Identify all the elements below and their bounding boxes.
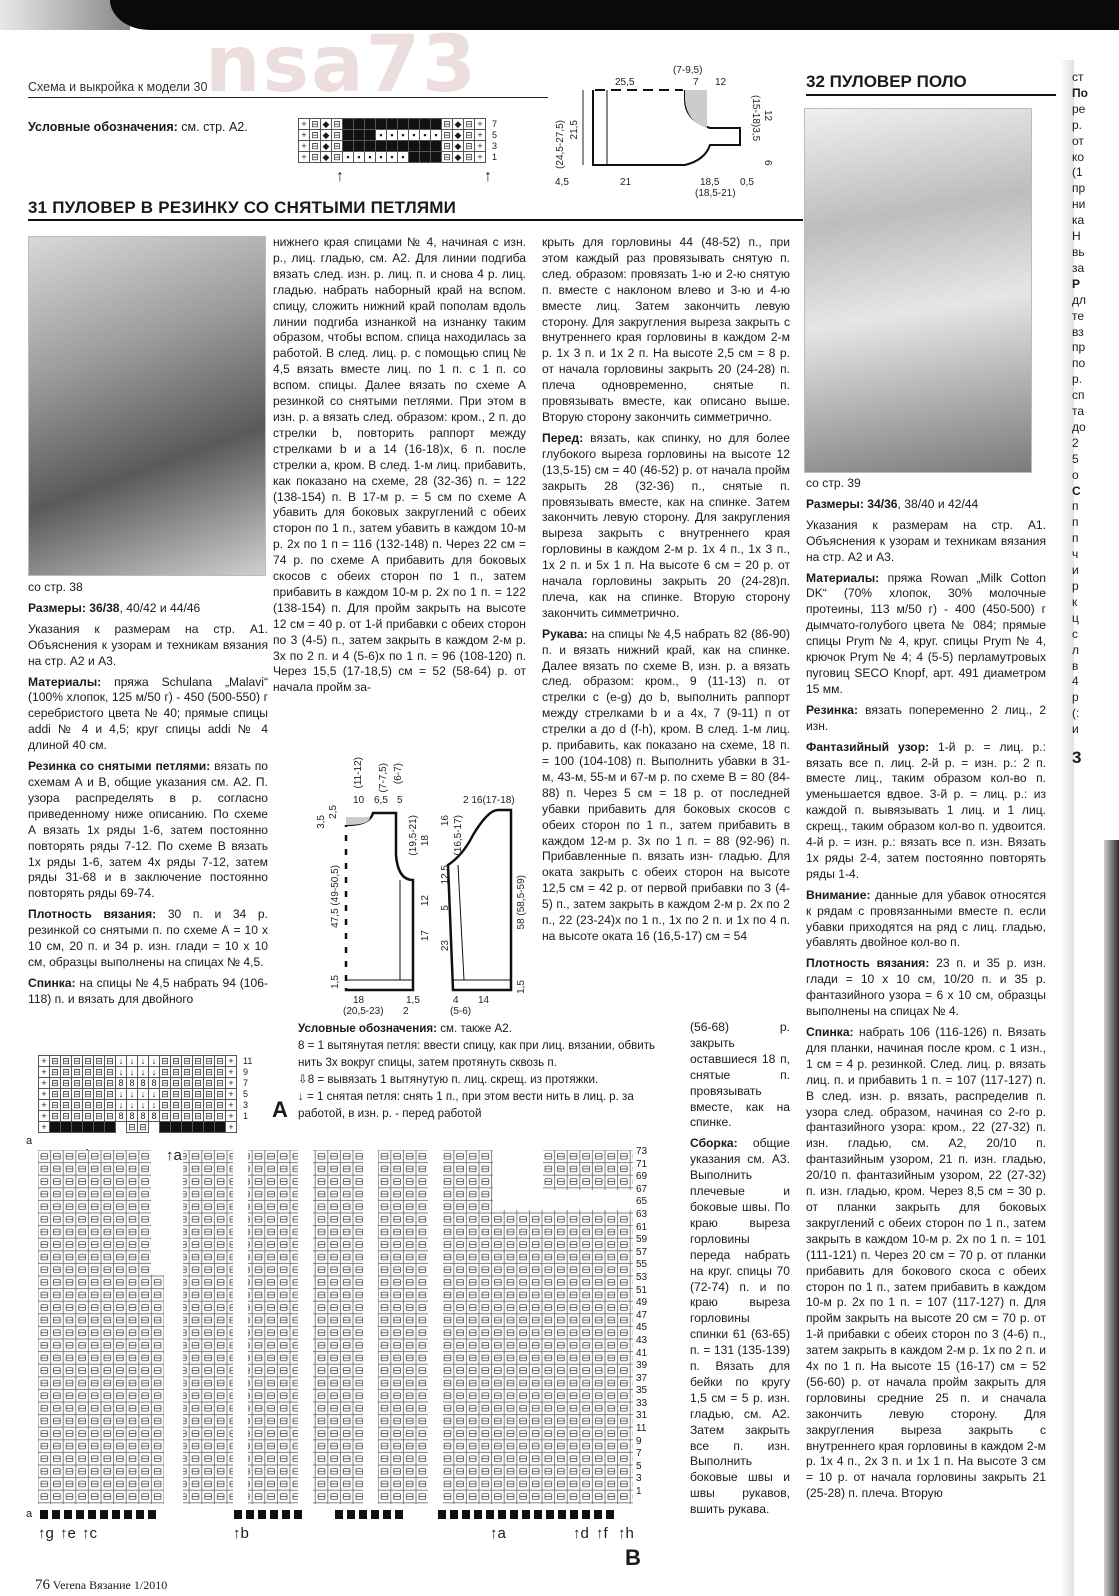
model30-pattern-diagram: 25,5 (7-9,5) 7 12 (24,5-27,5) 21,5 (15-1… (555, 60, 795, 200)
arrow-d: ↑d (573, 1525, 589, 1542)
model32-title: 32 ПУЛОВЕР ПОЛО (806, 72, 967, 92)
sizes: Размеры: 34/36, 38/40 и 42/44 (806, 497, 1046, 513)
materials: Материалы: пряжа Schulana „Malavi“ (100%… (28, 675, 268, 755)
back-instructions-continued: нижнего края спицами № 4, начиная с изн.… (273, 235, 526, 696)
next-page-fragment: стПорер.отко(1прникаНвьзаРдлтевзпрпор.сп… (1072, 70, 1119, 766)
assembly-instructions: Сборка: общие указания см. А3. Выполнить… (690, 1136, 790, 1518)
sizes: Размеры: 36/38, 40/42 и 44/46 (28, 601, 268, 617)
arrow-icon: ↑ (484, 168, 492, 186)
model31-column-3: крыть для горловины 44 (48-52) п., при э… (542, 235, 790, 950)
divider (28, 219, 803, 221)
attention-note: Внимание: данные для убавок относятся к … (806, 888, 1046, 952)
divider (806, 94, 1056, 96)
sleeves-instructions: Рукава: на спицы № 4,5 набрать 82 (86-90… (542, 627, 790, 945)
arrow-h: ↑h (618, 1525, 634, 1542)
model32-photo (804, 108, 1032, 473)
arrow-c: ↑c (82, 1525, 97, 1542)
arrow-b: ↑b (233, 1525, 249, 1542)
model31-column-2: нижнего края спицами № 4, начиная с изн.… (273, 235, 526, 701)
model31-photo (28, 236, 266, 576)
legend-item: ⇩8 = вывязать 1 вытянутую п. лиц. скрещ.… (298, 1071, 663, 1088)
chart-a-label: A (272, 1097, 288, 1123)
chart-b-row-numbers: 7371696765636159575553514947454341393735… (636, 1146, 647, 1499)
chart-a-grid: +⊟⊟⊟⊟⊟⊟↓↓↓↓⊟⊟⊟⊟⊟⊟+11 +⊟⊟⊟⊟⊟⊟↓↓↓↓⊟⊟⊟⊟⊟⊟+9… (38, 1055, 253, 1133)
chart-b-label: B (625, 1545, 641, 1571)
model31-title: 31 ПУЛОВЕР В РЕЗИНКУ СО СНЯТЫМИ ПЕТЛЯМИ (28, 198, 456, 218)
gauge: Плотность вязания: 23 п. и 35 р. изн. гл… (806, 956, 1046, 1020)
next-page-photo-fragment (1104, 840, 1119, 1596)
page-number: 76 (35, 1577, 50, 1593)
size-note: Указания к размерам на стр. А1. Объяснен… (806, 518, 1046, 566)
model31-column-1: со стр. 38 Размеры: 36/38, 40/42 и 44/46… (28, 580, 268, 1013)
model31-column-3b: (56-68) р. закрыть оставшиеся 18 п, снят… (690, 1020, 790, 1523)
back-instructions: Спинка: набрать 106 (116-126) п. Вязать … (806, 1025, 1046, 1502)
fancy-pattern: Фантазийный узор: 1-й р. = лиц. р.: вяза… (806, 740, 1046, 883)
materials: Материалы: пряжа Rowan „Milk Cotton DK“ … (806, 571, 1046, 698)
chart-grid: +⊟◆⊟⊟◆⊟+7 +⊟◆⊟▪▪▪▪▪▪⊟◆⊟+5 +⊟◆⊟⊟◆⊟+3 +⊟◆⊟… (298, 118, 500, 163)
legend-title: Условные обозначения: см. также А2. (298, 1020, 663, 1037)
row-label: a (26, 1135, 32, 1147)
publication-name: Verena Вязание 1/2010 (53, 1578, 167, 1592)
gauge: Плотность вязания: 30 п. и 34 р. резинко… (28, 907, 268, 971)
chart-a: +⊟⊟⊟⊟⊟⊟↓↓↓↓⊟⊟⊟⊟⊟⊟+11 +⊟⊟⊟⊟⊟⊟↓↓↓↓⊟⊟⊟⊟⊟⊟+9… (38, 1055, 253, 1133)
arrow-e: ↑e (60, 1525, 76, 1542)
sleeves-end: (56-68) р. закрыть оставшиеся 18 п, снят… (690, 1020, 790, 1131)
model32-column: со стр. 39 Размеры: 34/36, 38/40 и 42/44… (806, 476, 1046, 1507)
page-footer: 76 Verena Вязание 1/2010 (35, 1577, 167, 1594)
rib-pattern: Резинка со снятыми петлями: вязать по сх… (28, 759, 268, 902)
arrow-icon: ↑ (336, 168, 344, 186)
legend-note-text: см. стр. А2. (178, 120, 248, 134)
row-label: a (26, 1508, 32, 1520)
arrow-f: ↑f (596, 1525, 608, 1542)
chart-b: 7371696765636159575553514947454341393735… (38, 1150, 636, 1550)
legend-item: ↓ = 1 снятая петля: снять 1 п., при этом… (298, 1088, 663, 1122)
back-neckline: крыть для горловины 44 (48-52) п., при э… (542, 235, 790, 426)
legend-note-label: Условные обозначения: (28, 120, 178, 134)
photo-reference: со стр. 39 (806, 476, 1046, 492)
model30-chart: +⊟◆⊟⊟◆⊟+7 +⊟◆⊟▪▪▪▪▪▪⊟◆⊟+5 +⊟◆⊟⊟◆⊟+3 +⊟◆⊟… (298, 118, 500, 163)
back-instructions: Спинка: на спицы № 4,5 набрать 94 (106-1… (28, 976, 268, 1008)
divider (28, 97, 548, 98)
legend-note: Условные обозначения: см. стр. А2. (28, 120, 248, 134)
arrow-a: ↑a (490, 1525, 506, 1542)
legend-item: 8 = 1 вытянутая петля: ввести спицу, как… (298, 1037, 663, 1071)
model31-pattern-diagrams: (11-12) 10 (7-7,5) 6,5 (6-7) 5 2,5 3,5 4… (298, 755, 528, 1015)
photo-reference: со стр. 38 (28, 580, 268, 596)
rib-pattern: Резинка: вязать попеременно 2 лиц., 2 из… (806, 703, 1046, 735)
size-note: Указания к размерам на стр. А1. Объяснен… (28, 622, 268, 670)
model31-legend: Условные обозначения: см. также А2. 8 = … (298, 1020, 663, 1122)
arrow-g: ↑g (38, 1525, 54, 1542)
front-instructions: Перед: вязать, как спинку, но для более … (542, 431, 790, 622)
knit-twisted-icon: ⇩8 (298, 1073, 314, 1086)
section-label: Схема и выкройка к модели 30 (28, 80, 207, 94)
